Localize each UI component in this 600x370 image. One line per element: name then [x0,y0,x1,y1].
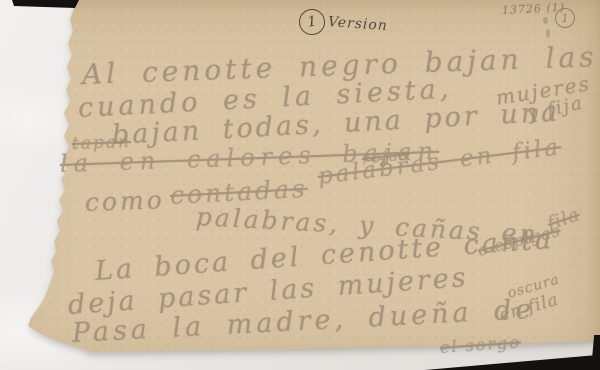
pencil-smudge [543,17,548,24]
version-number: 1 [306,13,317,30]
folio-number: 1 [561,11,569,24]
pencil-smudge [546,29,550,38]
scanned-manuscript-photo: 1 Version 13726 (1) 1 Al cenotte negro b… [0,0,600,370]
handwritten-word-como: como [84,185,165,217]
